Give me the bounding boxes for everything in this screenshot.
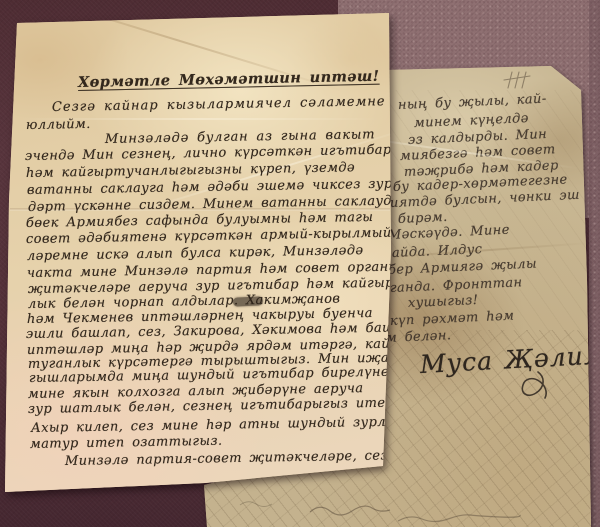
letter-line: Сезгә кайнар кызылармиячел сәламемне — [52, 94, 386, 115]
letter-line: Минзәлә партия-совет җитәкчеләре, сезгә — [65, 448, 403, 469]
ink-blot — [233, 296, 263, 307]
left-letter-sheet: Хөрмәтле Мөхәмәтшин иптәш! Сезгә кайнар … — [0, 0, 600, 527]
letter-line: юллыйм. — [26, 117, 91, 133]
letter-photograph: ның бу җылы, кай- минем күңелдә эз калды… — [0, 0, 600, 527]
letter-line: матур итеп озаттыгыз. — [30, 434, 223, 452]
letter-heading: Хөрмәтле Мөхәмәтшин иптәш! — [78, 68, 380, 91]
left-sheet-shadow: Хөрмәтле Мөхәмәтшин иптәш! Сезгә кайнар … — [0, 0, 600, 527]
letter-line: эчендә Мин сезнең, лично күрсәткән игъти… — [25, 142, 448, 164]
